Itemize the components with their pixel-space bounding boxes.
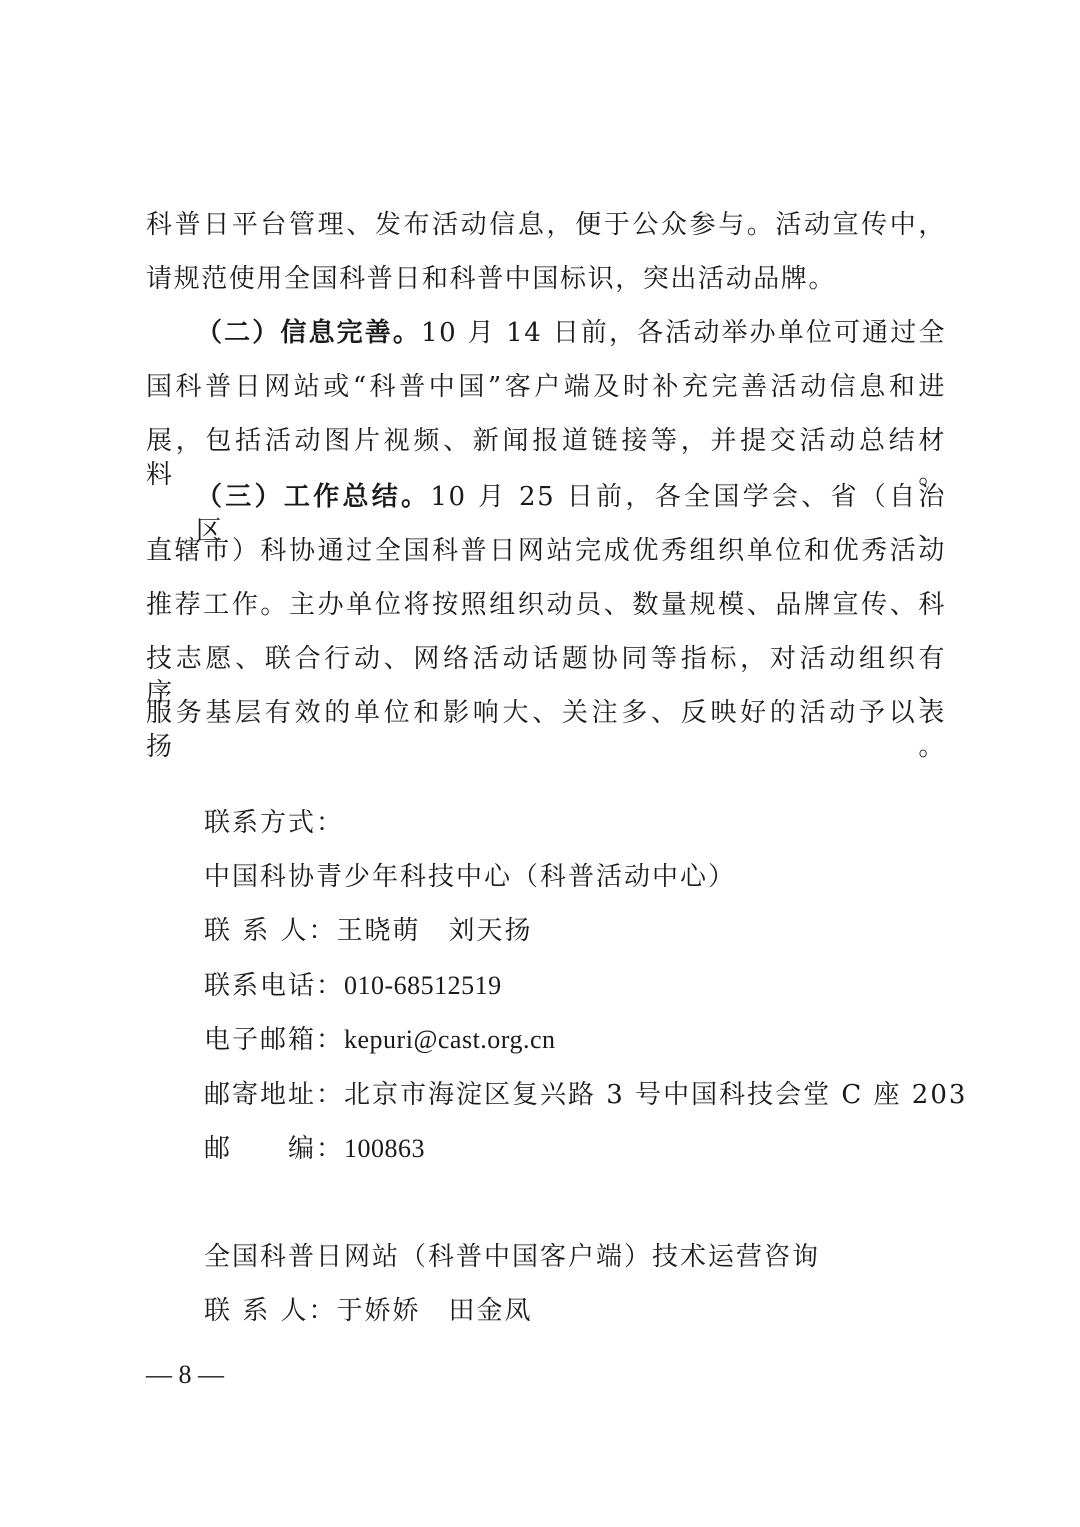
paragraph-line: 科普日平台管理、发布活动信息，便于公众参与。活动宣传中， (146, 208, 946, 242)
contact-address: 北京市海淀区复兴路 3 号中国科技会堂 C 座 203 (344, 1080, 967, 1110)
contact-phone-row: 联系电话：010-68512519 (204, 969, 502, 1003)
contact-person-row: 联 系 人：王晓萌 刘天扬 (204, 914, 533, 948)
section-2-text: 10 月 14 日前，各活动举办单位可通过全 (421, 318, 946, 348)
page-number: — 8 — (146, 1358, 224, 1392)
contact-email-label: 电子邮箱： (204, 1025, 344, 1055)
contact-persons: 王晓萌 刘天扬 (337, 916, 533, 946)
contact-email-row: 电子邮箱：kepuri@cast.org.cn (204, 1023, 556, 1057)
paragraph-line: 直辖市）科协通过全国科普日网站完成优秀组织单位和优秀活动 (146, 534, 946, 568)
paragraph-line: 推荐工作。主办单位将按照组织动员、数量规模、品牌宣传、科 (146, 588, 946, 622)
section-2-heading: （二）信息完善。 (196, 318, 421, 348)
contact-postcode: 100863 (344, 1134, 425, 1163)
contact-person-label: 联 系 人： (204, 916, 337, 946)
section-2-first-line: （二）信息完善。10 月 14 日前，各活动举办单位可通过全 (146, 316, 946, 350)
contact-postcode-row: 邮 编：100863 (204, 1132, 425, 1166)
contact-email[interactable]: kepuri@cast.org.cn (344, 1025, 556, 1054)
paragraph-line: 请规范使用全国科普日和科普中国标识，突出活动品牌。 (146, 262, 946, 296)
contact-postcode-label: 邮 编： (204, 1134, 344, 1164)
tech-contact-person-row: 联 系 人：于娇娇 田金凤 (204, 1294, 533, 1328)
paragraph-line: 服务基层有效的单位和影响大、关注多、反映好的活动予以表扬。 (146, 696, 946, 764)
contact-title: 联系方式： (204, 806, 344, 840)
contact-address-label: 邮寄地址： (204, 1080, 344, 1110)
tech-contact-person-label: 联 系 人： (204, 1296, 337, 1326)
tech-contact-org: 全国科普日网站（科普中国客户端）技术运营咨询 (204, 1240, 820, 1274)
contact-phone: 010-68512519 (344, 971, 502, 1000)
paragraph-line: 国科普日网站或“科普中国”客户端及时补充完善活动信息和进 (146, 370, 946, 404)
contact-phone-label: 联系电话： (204, 971, 344, 1001)
tech-contact-persons: 于娇娇 田金凤 (337, 1296, 533, 1326)
section-3-heading: （三）工作总结。 (196, 482, 430, 512)
contact-org: 中国科协青少年科技中心（科普活动中心） (204, 860, 736, 894)
contact-address-row: 邮寄地址：北京市海淀区复兴路 3 号中国科技会堂 C 座 203 (204, 1078, 967, 1112)
